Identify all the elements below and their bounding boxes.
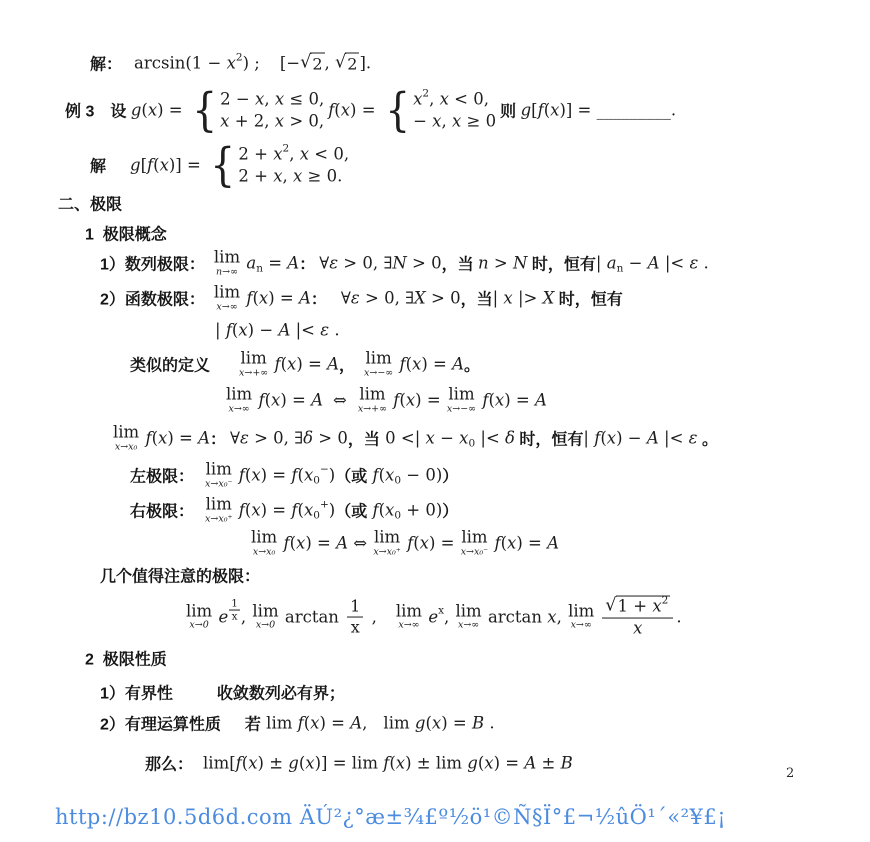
limit-operator: limx→−∞ [447,387,476,414]
spacer [173,692,217,693]
formula-token: n [256,262,263,274]
formula-token: [− [280,54,300,73]
formula-token: ≤ 0, [284,90,324,109]
limit-operator: limx→x₀ [251,530,277,557]
formula-token: x [547,608,556,627]
formula-token: ) = [305,534,336,553]
formula-token: x [148,101,157,120]
formula-token: x [550,101,559,120]
cases-row: − x, x ≥ 0 [413,112,496,131]
formula-token: 2 [662,595,669,607]
formula-token: x [158,429,167,448]
left-brace-icon: { [385,90,410,129]
left-brace-icon: { [210,145,235,184]
spacer [347,400,357,401]
cjk-text: 收敛数列必有界； [217,681,345,704]
formula-token: ) = [296,355,327,374]
formula-token: ) = [268,289,299,308]
formula-token: 0 [313,474,320,486]
formula-token: + 0) [401,501,442,520]
radical: √1 + x2 [605,596,670,617]
cjk-text: 时，恒有 [527,252,595,275]
formula-token: x [652,598,661,617]
formula-token: A [547,534,559,553]
formula-token: > 0 [426,289,461,308]
formula-token: < 0, [309,145,349,164]
limit-operator: limx→∞ [456,604,482,631]
formula-token: x [459,429,468,448]
formula-token: , [289,145,300,164]
formula-token: ) = [261,501,292,520]
formula-token: A [647,429,659,448]
formula-token: + [320,498,329,510]
formula-token: A [287,254,299,273]
cjk-text: 例 3 [65,99,94,122]
formula-token: , [557,608,568,627]
formula-token: x [273,145,282,164]
limit-operator: limx→−∞ [364,351,393,378]
notable-limits-heading: 几个值得注意的极限： [100,564,260,587]
sum-rule-line: 那么：lim[f(x) ± g(x)] = lim f(x) ± lim g(x… [145,752,573,775]
formula-token: 0 [313,509,320,521]
formula-token: e [218,608,228,627]
cases-row: 2 + x2, x < 0, [238,145,349,164]
formula-token: ) = [429,534,460,553]
formula-token: N [392,254,406,273]
formula-token: g [521,101,532,120]
spacer [194,475,204,476]
formula-token: arcsin(1 − [134,54,227,73]
formula-token: x [160,156,169,175]
formula-token: g [415,714,426,733]
point-limit-definition-line: limx→x₀ f(x) = A：∀ε > 0, ∃δ > 0，当 0 <| x… [112,425,718,452]
spacer [205,263,213,264]
cjk-text: ，当 [348,427,380,450]
cases-row: 2 + x, x ≥ 0. [238,167,349,186]
formula-token: ) = [280,391,311,410]
formula-token: ]. [359,54,371,73]
formula-token: ε [320,321,329,340]
cjk-text: ） [442,464,458,487]
cases-row: x + 2, x > 0, [220,112,324,131]
formula-token: x [495,391,504,410]
formula-token: ± [536,754,560,773]
formula-token: − [413,112,432,131]
formula-token: ) ± lim [405,754,467,773]
cjk-text: 若 [245,712,261,735]
formula-token: x [420,534,429,553]
formula-token: x [310,714,319,733]
formula-token: A [311,391,323,410]
cjk-text: ，当 [461,287,493,310]
cjk-text: 解 [90,154,106,177]
formula-token: = [263,254,287,273]
formula-token: x [304,466,313,485]
formula-token: x [426,429,435,448]
formula-token: ) = [157,101,188,120]
section-heading-limits: 二、极限 [58,192,122,215]
formula-token: n [478,254,489,273]
formula-token: | [596,254,607,273]
formula-token: x [251,501,260,520]
formula-token: > 0 [313,429,348,448]
scanned-document-page: 解：arcsin(1 − x2) ;[−√2, √2].例 3设 g(x) = … [0,0,870,842]
formula-token: A [535,391,547,410]
formula-token: > 0 [407,254,442,273]
formula-token: − [435,429,459,448]
left-limit-line: 左极限：limx→x₀⁻ f(x) = f(x0−)（或 f(x0 − 0)） [130,462,458,489]
formula-token: x [412,355,421,374]
formula-token: N [513,254,527,273]
formula-token: 0 [394,474,401,486]
formula-token: x [287,355,296,374]
formula-token: B [472,714,484,733]
formula-token: ) = [261,466,292,485]
formula-token: ) = [494,754,525,773]
formula-token: x [633,620,642,639]
formula-token: g [467,754,478,773]
formula-token: > 0, ∃ [338,254,392,273]
formula-token: x [432,714,441,733]
footer-link[interactable]: http://bz10.5d6d.com [55,805,293,829]
formula-token: x [275,112,284,131]
formula-token: x [220,112,229,131]
formula-token: ) = [421,355,452,374]
footer: http://bz10.5d6d.com ÄÚ²¿°æ±¾£º½ö¹©Ñ§Ï°£… [55,805,726,829]
cjk-text: ） [442,499,458,522]
formula-token: , [283,167,294,186]
cases-brace-group: {x2, x < 0,− x, x ≥ 0 [383,90,496,131]
formula-token: ∀ [230,429,240,448]
formula-token: | [583,429,594,448]
formula-token: _________. [597,101,677,120]
formula-token: )] = lim [315,754,384,773]
spacer [377,617,395,618]
spacer [367,723,383,724]
formula-token: A [299,289,311,308]
formula-token: x [432,112,441,131]
formula-token: . [698,254,709,273]
cjk-text: 左极限： [130,464,194,487]
formula-token: arctan [483,608,548,627]
formula-token: n [617,262,624,274]
formula-token: x [484,754,493,773]
formula-token: 2 + [238,145,273,164]
spacer [221,723,245,724]
cjk-text: ： [299,252,315,275]
formula-token: x [507,534,516,553]
rational-operations-line: 2）有理运算性质若 lim f(x) = A,lim g(x) = B . [100,712,495,735]
cases-row: x2, x < 0, [413,90,496,109]
cjk-text: （或 [335,499,367,522]
cjk-text: 解： [90,52,122,75]
cjk-text: 时，恒有 [515,427,583,450]
point-equivalence-line: limx→x₀ f(x) = A ⇔ limx→x₀⁺ f(x) = limx→… [250,530,559,557]
formula-token: x [296,534,305,553]
formula-token: ε [351,289,360,308]
formula-token: . [329,321,340,340]
spacer [323,400,333,401]
formula-token: ) = [415,391,446,410]
formula-token: g [131,101,142,120]
cjk-text: 设 [110,99,130,122]
cases-brace-group: {2 + x2, x < 0,2 + x, x ≥ 0. [208,145,349,186]
formula-token: ε [240,429,249,448]
formula-token: A [648,254,660,273]
formula-token: )] = [559,101,596,120]
spacer [205,298,213,299]
radical: √2 [335,53,359,74]
spacer [595,617,599,618]
formula-token: ε [329,254,338,273]
notable-limits-line: limx→0 e1x, limx→0 arctan 1x ,limx→∞ ex,… [185,596,682,639]
formula-token: − 0) [401,466,442,485]
limit-operator: limx→x₀⁺ [373,530,401,557]
formula-token: x [227,54,236,73]
formula-token: > 0, [284,112,324,131]
formula-token: ε [689,254,698,273]
formula-token: 2 − [220,90,255,109]
function-limit-line: 2）函数极限：limx→∞ f(x) = A：∀ε > 0, ∃X > 0，当|… [100,285,623,312]
formula-token: − [623,254,647,273]
cjk-text: （或 [335,464,367,487]
example3-line: 例 3设 g(x) = {2 − x, x ≤ 0,x + 2, x > 0,f… [65,90,676,131]
formula-token: x [259,289,268,308]
formula-token: x [273,167,282,186]
formula-token: , [264,90,275,109]
formula-token: 2 [283,142,290,154]
footer-note: ÄÚ²¿°æ±¾£º½ö¹©Ñ§Ï°£¬½ûÖ¹´«²¥£¡ [293,805,727,829]
solution-composite-line: 解g[f(x)] = {2 + x2, x < 0,2 + x, x ≥ 0. [90,145,353,186]
fraction: 1x [347,597,363,637]
formula-token: ≥ 0 [461,112,496,131]
limit-operator: limx→∞ [568,604,594,631]
boundedness-line: 1）有界性收敛数列必有界； [100,681,345,704]
formula-token: ) ± [258,754,289,773]
limit-operator: limx→x₀⁺ [205,497,233,524]
cjk-text: 。 [698,427,718,450]
formula-token: ) − [616,429,647,448]
spacer [94,110,110,111]
formula-token: A [198,429,210,448]
spacer [260,63,280,64]
formula-token: x [341,101,350,120]
cjk-text: 那么： [145,752,193,775]
formula-token: x [271,391,280,410]
left-brace-icon: { [192,90,217,129]
formula-token: . [676,608,681,627]
formula-token: δ [505,429,515,448]
cjk-text: 二、极限 [58,192,122,215]
limit-operator: limx→∞ [226,387,252,414]
formula-token: x [305,754,314,773]
formula-token: x [251,466,260,485]
formula-token: > 0, ∃ [360,289,414,308]
cases-brace-group: {2 − x, x ≤ 0,x + 2, x > 0, [190,90,324,131]
formula-token: ) ; [243,54,260,73]
formula-token: A [327,355,339,374]
cjk-text: 2）有理运算性质 [100,712,221,735]
limit-operator: limx→x₀⁻ [461,530,489,557]
formula-token: e [428,608,438,627]
formula-token: ε [689,429,698,448]
page-number: 2 [786,766,794,781]
cjk-text: 几个值得注意的极限： [100,564,260,587]
formula-token: , [441,112,452,131]
cjk-text: 时，恒有 [554,287,622,310]
subsection-limit-concept: 1 极限概念 [85,222,167,245]
function-limit-continued: | f(x) − A |< ε . [215,321,340,340]
formula-token: | [215,321,226,340]
formula-token: x [293,167,302,186]
formula-token: g [288,754,299,773]
cjk-text: 1）数列极限： [100,252,205,275]
formula-token: ) − [248,321,279,340]
spacer [193,763,203,764]
solution-arcsin-line: 解：arcsin(1 − x2) ;[−√2, √2]. [90,52,371,75]
formula-token: 2 [236,51,243,63]
formula-token: B [561,754,573,773]
formula-token: ≥ 0. [302,167,342,186]
formula-token: x [304,501,313,520]
formula-token: A [336,534,348,553]
cjk-text: 1 极限概念 [85,222,167,245]
spacer [355,364,363,365]
formula-token: lim [261,714,298,733]
radical: √2 [300,53,324,74]
formula-token: ∀ [319,254,329,273]
cjk-text: 。 [464,353,480,376]
formula-token: − [320,463,329,475]
formula-token: |< [660,254,690,273]
formula-token: , [444,608,455,627]
limit-operator: limx→∞ [214,285,240,312]
spacer [106,165,130,166]
formula-token: x [413,90,422,109]
formula-token: ) = [167,429,198,448]
formula-token: a [607,254,617,273]
formula-token: 2 [422,87,429,99]
limit-operator: limx→+∞ [358,387,387,414]
cjk-text: 1）有界性 [100,681,173,704]
formula-token: ) = [441,714,472,733]
formula-token: A [278,321,290,340]
formula-token: , [429,90,440,109]
formula-token: x [385,501,394,520]
cjk-text: 2）函数极限： [100,287,205,310]
formula-token: ) = [319,714,350,733]
formula-token: |> [513,289,543,308]
formula-token: ) = [504,391,535,410]
cjk-text: 2 极限性质 [85,647,167,670]
cjk-text: 右极限： [130,499,194,522]
infinity-equivalence-line: limx→∞ f(x) = A⇔limx→+∞ f(x) = limx→−∞ f… [225,387,547,414]
formula-token: x [396,754,405,773]
formula-token: + 2, [229,112,274,131]
subsection-limit-properties: 2 极限性质 [85,647,167,670]
formula-token: 0 <| [380,429,426,448]
limit-operator: limx→+∞ [239,351,268,378]
formula-token: lim[ [203,754,236,773]
cjk-text: ： [311,287,327,310]
similar-definition-line: 类似的定义limx→+∞ f(x) = A，limx→−∞ f(x) = A。 [130,351,480,378]
formula-token: g [130,156,141,175]
formula-token: A [524,754,536,773]
limit-operator: limx→x₀ [113,425,139,452]
spacer [194,510,204,511]
formula-token: . [484,714,495,733]
formula-token: x [503,289,512,308]
formula-token: 0 [468,437,475,449]
cjk-text: ， [339,353,355,376]
formula-token: ∀ [341,289,351,308]
formula-token: A [452,355,464,374]
formula-token: 1 + [618,598,653,617]
fraction: 1x [229,599,240,623]
limit-operator: limx→x₀⁻ [205,462,233,489]
formula-token: δ [303,429,313,448]
formula-token: , [325,54,336,73]
right-limit-line: 右极限：limx→x₀⁺ f(x) = f(x0+)（或 f(x0 + 0)） [130,497,458,524]
formula-token: , [366,608,377,627]
formula-token: x [275,90,284,109]
fraction: √1 + x2x [602,596,673,639]
formula-token: 2 + [238,167,273,186]
formula-token: )] = [169,156,206,175]
formula-token: > [489,254,513,273]
formula-token: x [300,145,309,164]
formula-token: x [385,466,394,485]
formula-token: |< [475,429,505,448]
limit-operator: limx→0 [186,604,212,631]
formula-token: A [350,714,362,733]
formula-token: ) = [516,534,547,553]
cjk-text: ，当 [442,252,478,275]
formula-token: x [238,321,247,340]
formula-token: 1x [228,599,241,623]
formula-token: > 0, ∃ [249,429,303,448]
spacer [327,298,341,299]
sequence-limit-line: 1）数列极限：limn→∞ an = A：∀ε > 0, ∃N > 0，当 n … [100,250,709,277]
formula-token: x [452,112,461,131]
formula-token: x [406,391,415,410]
cjk-text: 则 [500,99,520,122]
formula-token: lim [383,714,414,733]
formula-token: < 0, [449,90,489,109]
spacer [210,364,238,365]
formula-token: |< [290,321,320,340]
limit-operator: limn→∞ [214,250,240,277]
formula-token: ) = [350,101,381,120]
formula-token: ⇔ [333,391,347,410]
cjk-text: ： [210,427,226,450]
formula-token: |< [659,429,689,448]
cjk-text: 类似的定义 [130,353,210,376]
formula-token: x [607,429,616,448]
limit-operator: limx→0 [252,604,278,631]
formula-token: X [543,289,555,308]
formula-token: x [255,90,264,109]
formula-token: ⇔ [348,534,372,553]
formula-token: x [438,605,444,617]
formula-token: 0 [394,509,401,521]
formula-token: arctan [280,608,345,627]
formula-token: X [414,289,426,308]
cases-row: 2 − x, x ≤ 0, [220,90,324,109]
formula-token: | [493,289,504,308]
formula-token: x [248,754,257,773]
formula-token: , [241,608,252,627]
